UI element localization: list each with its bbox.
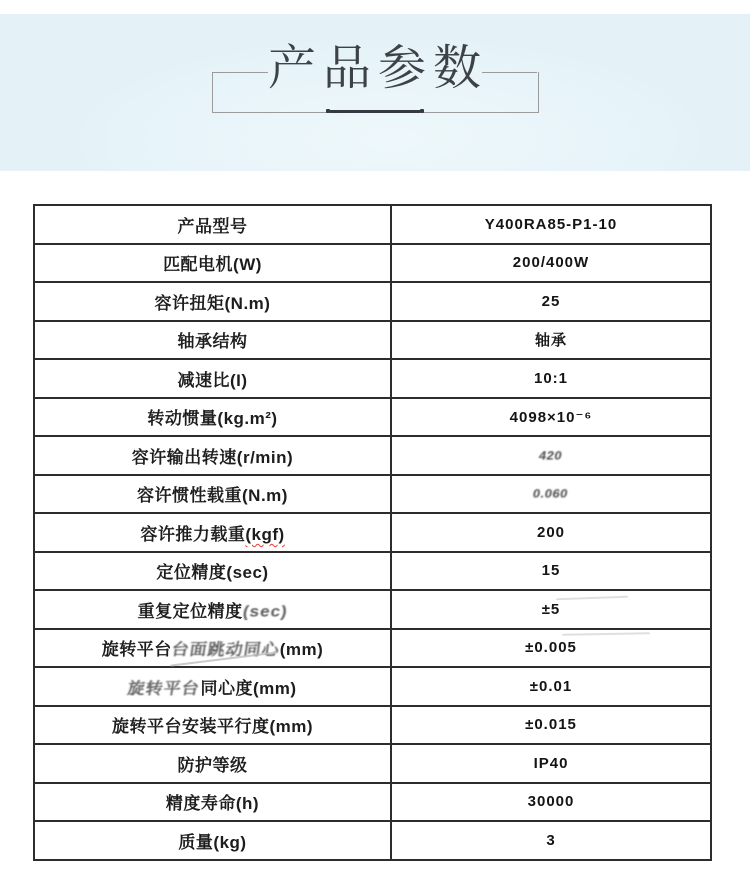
param-value-cell: 25 (391, 282, 711, 321)
param-value-cell: 10:1 (391, 359, 711, 398)
param-label-cell: 定位精度(sec) (34, 552, 391, 591)
table-row: 质量(kg)3 (34, 821, 711, 860)
table-row: 轴承结构轴承 (34, 321, 711, 360)
param-value: 10:1 (534, 370, 568, 387)
param-label: 质量(kg) (178, 833, 246, 852)
param-label: 定位精度(sec) (156, 563, 268, 582)
param-value: Y400RA85-P1-10 (485, 216, 617, 233)
param-label-cell: 容许推力载重(kgf) (34, 513, 391, 552)
param-label-cell: 转动惯量(kg.m²) (34, 398, 391, 437)
product-parameters-page: 产品参数 产品型号Y400RA85-P1-10匹配电机(W)200/400W容许… (0, 0, 750, 895)
param-label-garbled: 旋转平台 (127, 675, 202, 698)
param-value: 轴承 (535, 332, 567, 349)
table-row: 容许推力载重(kgf)200 (34, 513, 711, 552)
param-value: ±5 (542, 601, 561, 618)
param-value-cell: ±0.005 (391, 629, 711, 668)
table-row: 匹配电机(W)200/400W (34, 244, 711, 283)
param-value-cell: 0.060 (391, 475, 711, 514)
param-unit: (kgf) (245, 525, 284, 544)
param-label: 减速比(I) (177, 371, 247, 390)
table-row: 旋转平台安装平行度(mm)±0.015 (34, 706, 711, 745)
param-value: 15 (542, 562, 561, 579)
param-value-cell: ±0.01 (391, 667, 711, 706)
param-label: (mm) (280, 640, 324, 659)
param-value-cell: 200 (391, 513, 711, 552)
param-value: 3 (546, 832, 555, 849)
param-label-cell: 产品型号 (34, 205, 391, 244)
table-row: 产品型号Y400RA85-P1-10 (34, 205, 711, 244)
param-label-garbled: 台面跳动同心 (170, 636, 281, 659)
param-value: ±0.005 (525, 639, 577, 656)
param-value: 200 (537, 524, 565, 541)
param-label: 防护等级 (178, 756, 248, 775)
param-value-cell: 30000 (391, 783, 711, 822)
param-label-cell: 旋转平台同心度(mm) (34, 667, 391, 706)
table-row: 精度寿命(h)30000 (34, 783, 711, 822)
param-label: 转动惯量(kg.m²) (147, 409, 277, 428)
param-value: 420 (538, 449, 564, 463)
param-value-cell: 15 (391, 552, 711, 591)
param-label-cell: 轴承结构 (34, 321, 391, 360)
table-row: 容许惯性载重(N.m)0.060 (34, 475, 711, 514)
param-label: 产品型号 (178, 217, 248, 236)
param-value: ±0.015 (525, 716, 577, 733)
param-label: 容许输出转速(r/min) (132, 448, 293, 467)
param-label: 重复定位精度 (138, 602, 243, 621)
param-value: 200/400W (513, 254, 589, 271)
table-row: 旋转平台同心度(mm)±0.01 (34, 667, 711, 706)
table-row: 转动惯量(kg.m²)4098×10⁻⁶ (34, 398, 711, 437)
param-label: 容许推力载重 (140, 525, 245, 544)
spec-table: 产品型号Y400RA85-P1-10匹配电机(W)200/400W容许扭矩(N.… (33, 204, 712, 861)
param-value-cell: 200/400W (391, 244, 711, 283)
param-value-cell: ±0.015 (391, 706, 711, 745)
param-value-cell: Y400RA85-P1-10 (391, 205, 711, 244)
param-label: 旋转平台 (102, 640, 172, 659)
param-value: 30000 (528, 793, 575, 810)
param-label: 旋转平台安装平行度(mm) (112, 717, 313, 736)
table-row: 防护等级IP40 (34, 744, 711, 783)
param-label: 同心度(mm) (200, 679, 296, 698)
param-label: 轴承结构 (178, 332, 248, 351)
table-row: 容许输出转速(r/min)420 (34, 436, 711, 475)
param-label-cell: 容许输出转速(r/min) (34, 436, 391, 475)
title-accent-line (330, 110, 420, 113)
param-label-cell: 质量(kg) (34, 821, 391, 860)
header-banner: 产品参数 (0, 14, 750, 171)
param-value: ±0.01 (530, 678, 572, 695)
param-value: IP40 (534, 755, 569, 772)
page-title: 产品参数 (262, 38, 494, 100)
param-label: 容许扭矩(N.m) (155, 294, 271, 313)
param-label-cell: 容许惯性载重(N.m) (34, 475, 391, 514)
param-value-cell: ±5 (391, 590, 711, 629)
param-label-garbled: (sec) (241, 602, 288, 621)
param-value-cell: 轴承 (391, 321, 711, 360)
param-label-cell: 精度寿命(h) (34, 783, 391, 822)
param-label-cell: 容许扭矩(N.m) (34, 282, 391, 321)
table-row: 容许扭矩(N.m)25 (34, 282, 711, 321)
table-row: 定位精度(sec)15 (34, 552, 711, 591)
param-label-cell: 减速比(I) (34, 359, 391, 398)
param-value-cell: 3 (391, 821, 711, 860)
param-value-cell: IP40 (391, 744, 711, 783)
table-row: 减速比(I)10:1 (34, 359, 711, 398)
param-value-cell: 4098×10⁻⁶ (391, 398, 711, 437)
param-label-cell: 防护等级 (34, 744, 391, 783)
param-value: 4098×10⁻⁶ (510, 409, 593, 426)
param-label: 匹配电机(W) (163, 255, 262, 274)
param-value-cell: 420 (391, 436, 711, 475)
spec-table-body: 产品型号Y400RA85-P1-10匹配电机(W)200/400W容许扭矩(N.… (34, 205, 711, 860)
param-label-cell: 旋转平台安装平行度(mm) (34, 706, 391, 745)
param-value: 0.060 (532, 487, 569, 501)
param-label-cell: 匹配电机(W) (34, 244, 391, 283)
param-label-cell: 重复定位精度(sec) (34, 590, 391, 629)
param-label: 精度寿命(h) (166, 794, 259, 813)
param-label: 容许惯性载重(N.m) (137, 486, 288, 505)
param-value: 25 (542, 293, 561, 310)
